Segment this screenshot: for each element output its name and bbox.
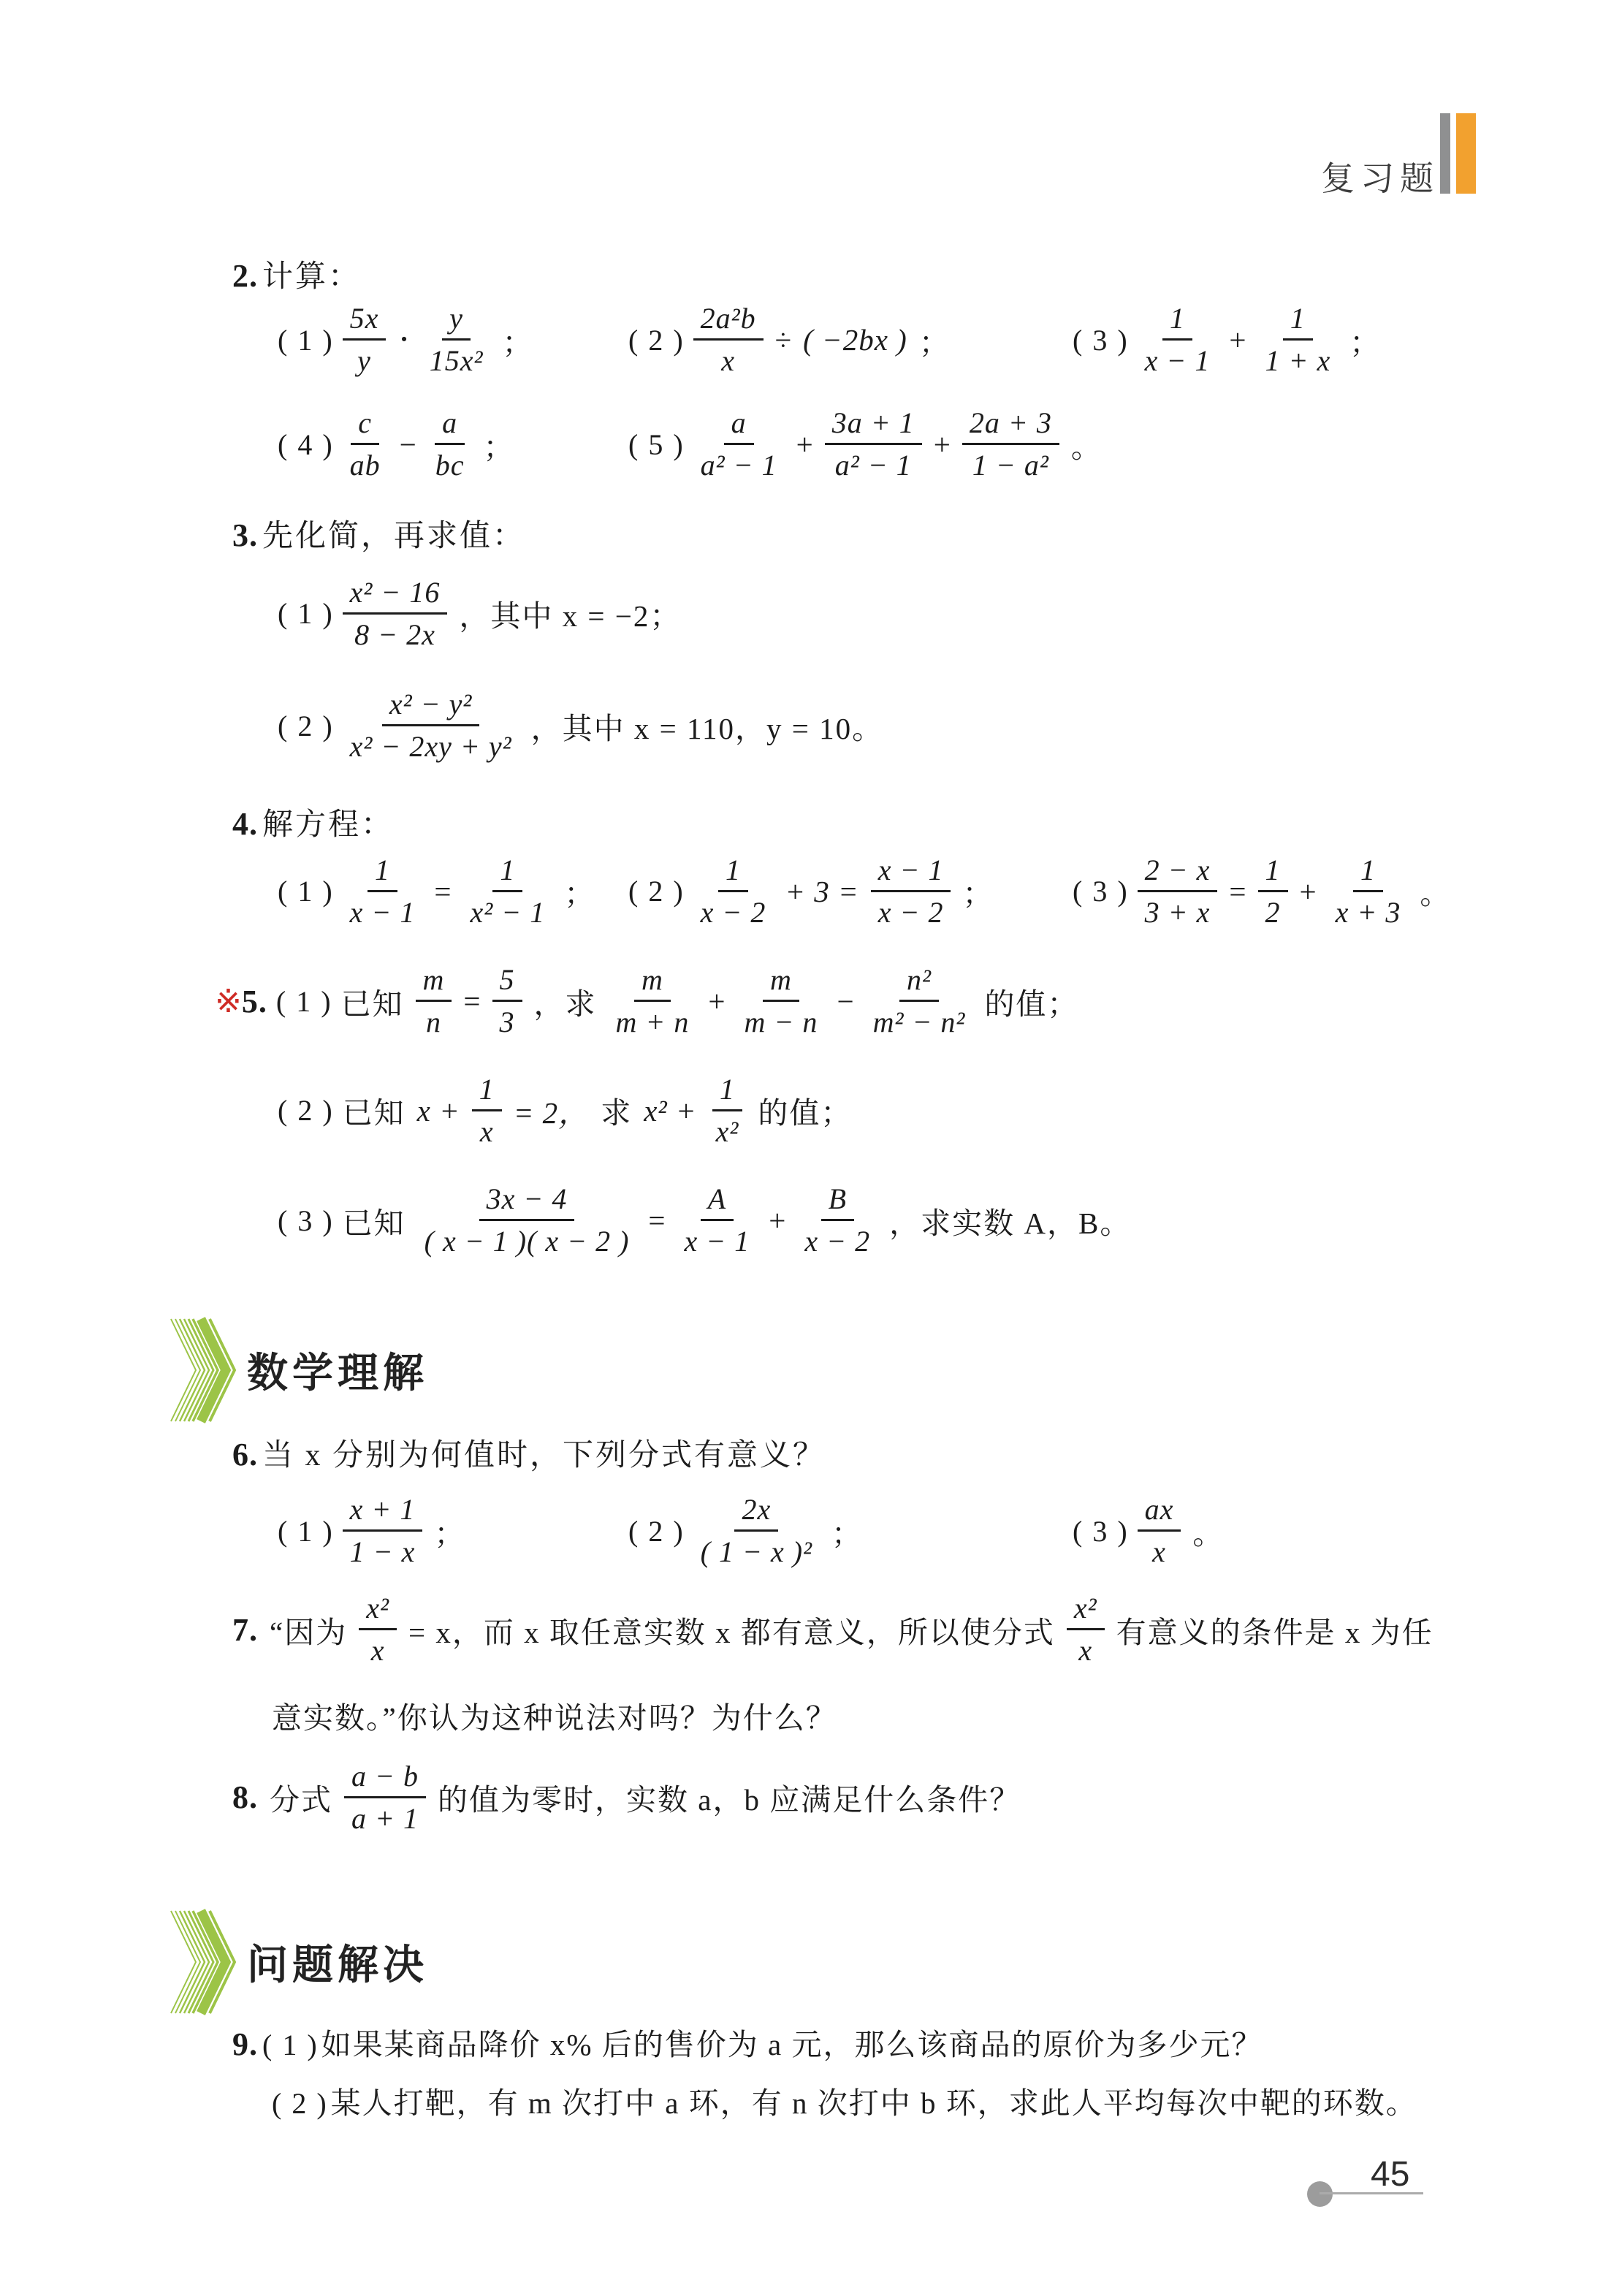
denominator: m − n xyxy=(737,1002,826,1039)
problem-number: 5. xyxy=(242,983,267,1020)
item-label: ( 2 ) xyxy=(272,2086,328,2121)
numerator: 2a + 3 xyxy=(962,406,1059,445)
punctuation: 。 xyxy=(1071,423,1103,466)
numerator: 1 xyxy=(368,854,397,892)
fraction: 2a + 31 − a² xyxy=(962,406,1059,482)
denominator: m + n xyxy=(609,1002,697,1039)
item-label: ( 1 ) xyxy=(278,1514,334,1548)
numerator: B xyxy=(821,1182,854,1221)
fraction: x − 1x − 2 xyxy=(871,854,951,930)
numerator: 2 − x xyxy=(1138,854,1218,892)
equals-operator: = xyxy=(463,984,480,1019)
math-text: = 2， xyxy=(514,1089,589,1132)
problem-9-item-1: 9. ( 1 ) 如果某商品降价 x% 后的售价为 a 元，那么该商品的原价为多… xyxy=(232,2021,1268,2064)
fraction: 1x − 2 xyxy=(693,854,774,930)
header-orange-bar-icon xyxy=(1456,113,1476,194)
problem-title-text: 当 x 分别为何值时，下列分式有意义？ xyxy=(262,1431,826,1475)
denominator: a + 1 xyxy=(344,1798,426,1836)
statement-text: 如果某商品降价 x% 后的售价为 a 元，那么该商品的原价为多少元？ xyxy=(321,2021,1263,2064)
numerator: c xyxy=(351,406,379,445)
fraction: 1x² − 1 xyxy=(463,854,553,930)
statement-text: 分式 xyxy=(270,1776,332,1819)
punctuation: 。 xyxy=(1192,1510,1224,1553)
problem-2-item-3: ( 3 ) 1x − 1 + 11 + x ； xyxy=(1067,292,1387,387)
numerator: 2x xyxy=(734,1493,778,1532)
value-text: 的值； xyxy=(758,1089,852,1132)
denominator: a² − 1 xyxy=(693,445,785,482)
find-text: 求 xyxy=(601,1089,632,1132)
numerator: 1 xyxy=(1258,854,1288,892)
plus-operator: + xyxy=(1300,874,1317,909)
punctuation: ； xyxy=(502,319,533,362)
problem-2-item-4: ( 4 ) cab − abc ； xyxy=(272,393,521,495)
problem-title-text: 解方程： xyxy=(262,800,394,844)
numerator: 5 xyxy=(492,963,522,1002)
numerator: 3a + 1 xyxy=(825,406,922,445)
denominator: n xyxy=(419,1002,449,1039)
problem-7-line-1: 7. “因为 x²x = x，而 x 取任意实数 x 都有意义，所以使分式 x²… xyxy=(232,1578,1439,1681)
math-text: + 3 = xyxy=(785,874,858,909)
fraction: aa² − 1 xyxy=(693,406,785,482)
divide-operator: ÷ xyxy=(775,322,792,357)
fraction: mm − n xyxy=(737,963,826,1039)
equals-operator: = xyxy=(648,1203,665,1238)
item-label: ( 2 ) xyxy=(628,323,685,357)
plus-operator: + xyxy=(769,1203,785,1238)
fraction: x²x xyxy=(1067,1592,1105,1668)
plus-operator: + xyxy=(934,427,951,462)
fraction: a − ba + 1 xyxy=(344,1760,426,1836)
section-chevron-icon xyxy=(170,1317,237,1423)
problem-4-item-3: ( 3 ) 2 − x3 + x = 12 + 1x + 3 。 xyxy=(1067,842,1457,940)
fraction: Ax − 1 xyxy=(677,1182,758,1258)
problem-4-title: 4. 解方程： xyxy=(232,800,398,844)
denominator: x xyxy=(364,1630,392,1668)
denominator: x − 1 xyxy=(1138,341,1218,378)
fraction: 1x − 1 xyxy=(343,854,423,930)
problem-7-line-2: 意实数。”你认为这种说法对吗？为什么？ xyxy=(272,1694,842,1737)
fraction: Bx − 2 xyxy=(797,1182,877,1258)
numerator: x² xyxy=(1067,1592,1105,1630)
fraction: 12 xyxy=(1258,854,1288,930)
find-text: ，求实数 A，B。 xyxy=(889,1199,1131,1242)
denominator: ( 1 − x )² xyxy=(693,1532,820,1569)
fraction: 2x( 1 − x )² xyxy=(693,1493,820,1569)
denominator: 8 − 2x xyxy=(347,615,443,652)
find-text: ，求 xyxy=(534,980,597,1023)
punctuation: 。 xyxy=(1420,870,1451,913)
denominator: x xyxy=(714,341,742,378)
denominator: ab xyxy=(343,445,388,482)
problem-title-text: 先化简，再求值： xyxy=(262,512,525,555)
item-label: ( 1 ) xyxy=(278,874,334,908)
denominator: 3 + x xyxy=(1138,892,1218,930)
item-label: ( 5 ) xyxy=(628,427,685,462)
problem-number: 2. xyxy=(232,257,258,294)
numerator: 5x xyxy=(343,302,387,341)
denominator: x − 2 xyxy=(693,892,774,930)
fraction: x² − 168 − 2x xyxy=(343,576,448,652)
numerator: x² − y² xyxy=(382,688,479,726)
fraction: 1x − 1 xyxy=(1138,302,1218,378)
header-gray-bar-icon xyxy=(1440,113,1450,194)
punctuation: ； xyxy=(831,1510,863,1553)
numerator: 1 xyxy=(472,1073,502,1111)
problem-title-text: 计算： xyxy=(262,252,361,296)
fraction: x² − y²x² − 2xy + y² xyxy=(343,688,519,764)
problem-3-item-2: ( 2 ) x² − y²x² − 2xy + y² ，其中 x = 110，y… xyxy=(272,671,889,780)
problem-number: 9. xyxy=(232,2026,258,2063)
item-label: ( 3 ) xyxy=(1073,1514,1129,1548)
problem-6-item-3: ( 3 ) axx 。 xyxy=(1067,1483,1230,1578)
statement-text: 的值为零时，实数 a，b 应满足什么条件？ xyxy=(438,1776,1021,1819)
fraction: cab xyxy=(343,406,388,482)
denominator: x − 2 xyxy=(871,892,951,930)
problem-5-item-3: ( 3 ) 已知 3x − 4( x − 1 )( x − 2 ) = Ax −… xyxy=(272,1169,1137,1271)
section-chevron-icon xyxy=(170,1909,237,2015)
denominator: x xyxy=(473,1111,501,1149)
numerator: m xyxy=(416,963,452,1002)
item-label: ( 1 ) xyxy=(278,323,334,357)
denominator: 15x² xyxy=(422,341,491,378)
denominator: bc xyxy=(428,445,472,482)
denominator: 1 − x xyxy=(343,1532,423,1569)
denominator: x xyxy=(1071,1630,1100,1668)
fraction: 5xy xyxy=(343,302,387,378)
numerator: 1 xyxy=(1283,302,1313,341)
fraction: 53 xyxy=(492,963,522,1039)
numerator: a − b xyxy=(344,1760,426,1798)
problem-9-item-2: ( 2 ) 某人打靶，有 m 次打中 a 环，有 n 次打中 b 环，求此人平均… xyxy=(272,2079,1422,2122)
section-math-understanding: 数学理解 xyxy=(170,1317,428,1423)
fraction: axx xyxy=(1138,1493,1181,1569)
fraction: mm + n xyxy=(609,963,697,1039)
item-label: ( 2 ) xyxy=(628,1514,685,1548)
value-text: 的值； xyxy=(984,980,1078,1023)
problem-2-item-2: ( 2 ) 2a²bx ÷ ( −2bx ) ； xyxy=(622,292,956,387)
section-title: 数学理解 xyxy=(247,1341,428,1399)
punctuation: ； xyxy=(919,319,951,362)
problem-8: 8. 分式 a − ba + 1 的值为零时，实数 a，b 应满足什么条件？ xyxy=(232,1748,1027,1847)
item-label: ( 3 ) xyxy=(278,1204,334,1238)
equals-operator: = xyxy=(434,874,451,909)
problem-2-item-5: ( 5 ) aa² − 1 + 3a + 1a² − 1 + 2a + 31 −… xyxy=(622,393,1108,495)
problem-4-item-2: ( 2 ) 1x − 2 + 3 = x − 1x − 2 ； xyxy=(622,842,1000,940)
problem-6-item-2: ( 2 ) 2x( 1 − x )² ； xyxy=(622,1483,869,1578)
section-title: 问题解决 xyxy=(247,1933,428,1991)
numerator: A xyxy=(701,1182,734,1221)
item-label: ( 1 ) xyxy=(276,984,332,1019)
denominator: x² xyxy=(709,1111,747,1149)
minus-operator: − xyxy=(400,427,416,462)
fraction: 1x + 3 xyxy=(1328,854,1409,930)
statement-text: 意实数。”你认为这种说法对吗？为什么？ xyxy=(272,1694,837,1737)
numerator: 1 xyxy=(712,1073,742,1111)
item-label: ( 1 ) xyxy=(278,596,334,631)
item-label: ( 2 ) xyxy=(278,709,334,743)
problem-number: 6. xyxy=(232,1436,258,1473)
numerator: x² xyxy=(359,1592,397,1630)
section-problem-solving: 问题解决 xyxy=(170,1909,428,2015)
denominator: y xyxy=(350,341,378,378)
item-label: ( 3 ) xyxy=(1073,323,1129,357)
punctuation: ； xyxy=(1349,319,1381,362)
numerator: y xyxy=(442,302,471,341)
numerator: a xyxy=(435,406,465,445)
item-label: ( 3 ) xyxy=(1073,874,1129,908)
statement-text: = x，而 x 取任意实数 x 都有意义，所以使分式 xyxy=(408,1608,1055,1651)
fraction: 2a²bx xyxy=(693,302,764,378)
denominator: 1 − a² xyxy=(965,445,1056,482)
numerator: 1 xyxy=(1353,854,1383,892)
fraction: 3x − 4( x − 1 )( x − 2 ) xyxy=(417,1182,637,1258)
page-title: 复习题 xyxy=(1321,152,1439,200)
fraction: x²x xyxy=(359,1592,397,1668)
denominator: 1 + x xyxy=(1258,341,1339,378)
textbook-page: 复习题 2. 计算： ( 1 ) 5xy · y15x² ； ( 2 ) 2a²… xyxy=(0,0,1622,2296)
fraction: x + 11 − x xyxy=(343,1493,423,1569)
fraction: abc xyxy=(428,406,472,482)
problem-5-item-2: ( 2 ) 已知 x + 1x = 2， 求 x² + 1x² 的值； xyxy=(272,1061,858,1160)
problem-2-item-1: ( 1 ) 5xy · y15x² ； xyxy=(272,292,539,387)
punctuation: ； xyxy=(564,870,595,913)
plus-operator: + xyxy=(708,984,725,1019)
numerator: x + 1 xyxy=(343,1493,423,1532)
numerator: a xyxy=(724,406,754,445)
problem-number: 3. xyxy=(232,517,258,554)
denominator: x + 3 xyxy=(1328,892,1409,930)
punctuation: ； xyxy=(962,870,994,913)
numerator: n² xyxy=(899,963,939,1002)
math-text: x² + xyxy=(644,1093,696,1128)
condition-text: ，其中 x = 110，y = 10。 xyxy=(531,704,883,748)
starred-problem-mark-icon: ※ xyxy=(215,983,242,1020)
fraction: 3a + 1a² − 1 xyxy=(825,406,922,482)
minus-operator: − xyxy=(837,984,853,1019)
given-text: 已知 xyxy=(341,980,404,1023)
numerator: 1 xyxy=(718,854,748,892)
denominator: m² − n² xyxy=(866,1002,973,1039)
plus-operator: + xyxy=(796,427,813,462)
numerator: 3x − 4 xyxy=(479,1182,575,1221)
math-text: x + xyxy=(417,1093,460,1128)
fraction: mn xyxy=(416,963,452,1039)
statement-text: “因为 xyxy=(270,1608,347,1651)
denominator: x² − 1 xyxy=(463,892,553,930)
denominator: x − 2 xyxy=(797,1221,877,1258)
problem-number: 7. xyxy=(232,1611,258,1649)
problem-number: 4. xyxy=(232,805,258,843)
punctuation: ； xyxy=(434,1510,465,1553)
numerator: x − 1 xyxy=(871,854,951,892)
statement-text: 某人打靶，有 m 次打中 a 环，有 n 次打中 b 环，求此人平均每次中靶的环… xyxy=(331,2079,1417,2122)
fraction: y15x² xyxy=(422,302,491,378)
problem-number: 8. xyxy=(232,1779,258,1816)
denominator: x² − 2xy + y² xyxy=(343,726,519,764)
item-label: ( 2 ) xyxy=(278,1093,334,1128)
problem-5-item-1: ※ 5. ( 1 ) 已知 mn = 53 ，求 mm + n + mm − n… xyxy=(209,950,1084,1052)
problem-3-title: 3. 先化简，再求值： xyxy=(232,512,530,555)
equals-operator: = xyxy=(1229,874,1246,909)
numerator: 2a²b xyxy=(693,302,764,341)
given-text: 已知 xyxy=(343,1199,405,1242)
item-label: ( 1 ) xyxy=(262,2028,319,2062)
numerator: m xyxy=(763,963,799,1002)
fraction: 1x² xyxy=(709,1073,747,1149)
numerator: 1 xyxy=(1162,302,1192,341)
denominator: x − 1 xyxy=(677,1221,758,1258)
condition-text: ，其中 x = −2； xyxy=(459,592,681,635)
fraction: 1x xyxy=(472,1073,502,1149)
plus-operator: + xyxy=(1229,322,1246,357)
problem-6-item-1: ( 1 ) x + 11 − x ； xyxy=(272,1483,471,1578)
problem-6-title: 6. 当 x 分别为何值时，下列分式有意义？ xyxy=(232,1431,830,1475)
page-number: 45 xyxy=(1371,2154,1409,2194)
fraction: 11 + x xyxy=(1258,302,1339,378)
numerator: x² − 16 xyxy=(343,576,448,615)
denominator: a² − 1 xyxy=(828,445,919,482)
fraction: 2 − x3 + x xyxy=(1138,854,1218,930)
denominator: 2 xyxy=(1258,892,1288,930)
item-label: ( 2 ) xyxy=(628,874,685,908)
math-text: ( −2bx ) xyxy=(803,322,907,357)
numerator: m xyxy=(634,963,671,1002)
numerator: 1 xyxy=(492,854,522,892)
problem-2-title: 2. 计算： xyxy=(232,252,365,296)
given-text: 已知 xyxy=(343,1089,405,1132)
fraction: n²m² − n² xyxy=(866,963,973,1039)
denominator: x − 1 xyxy=(343,892,423,930)
problem-3-item-1: ( 1 ) x² − 168 − 2x ，其中 x = −2； xyxy=(272,564,687,663)
item-label: ( 4 ) xyxy=(278,427,334,462)
denominator: x xyxy=(1145,1532,1173,1569)
numerator: ax xyxy=(1138,1493,1181,1532)
statement-text: 有意义的条件是 x 为任 xyxy=(1116,1608,1433,1651)
problem-4-item-1: ( 1 ) 1x − 1 = 1x² − 1 ； xyxy=(272,842,601,940)
punctuation: ； xyxy=(484,423,515,466)
denominator: ( x − 1 )( x − 2 ) xyxy=(417,1221,637,1258)
denominator: 3 xyxy=(492,1002,522,1039)
